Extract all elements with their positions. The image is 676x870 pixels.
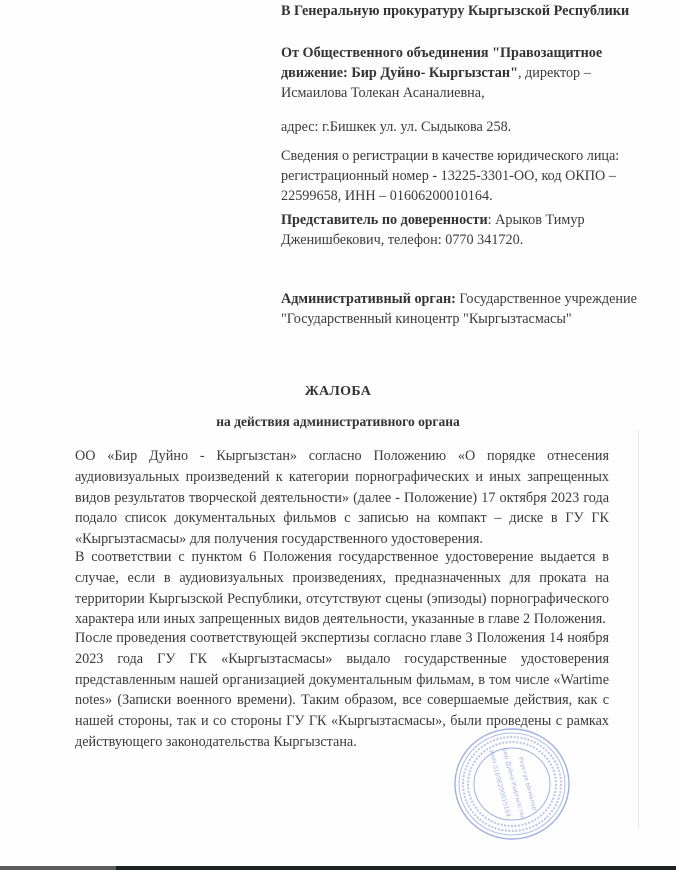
page-edge: [638, 430, 639, 830]
representative-label: Представитель по доверенности: [281, 212, 488, 228]
viewer-bottom-bar: [0, 866, 676, 870]
registration-info: Сведения о регистрации в качестве юридич…: [281, 146, 651, 206]
organization-stamp-icon: Бир Дуйно-Кыргызстан ИНН 01606200010164 …: [452, 725, 572, 843]
administrative-body-label: Административный орган:: [281, 291, 456, 307]
document-page: В Генеральную прокуратуру Кыргызской Рес…: [0, 0, 676, 866]
sender-address: адрес: г.Бишкек ул. ул. Сыдыкова 258.: [281, 117, 651, 137]
document-subtitle: на действия административного органа: [0, 414, 676, 430]
recipient: В Генеральную прокуратуру Кыргызской Рес…: [281, 1, 651, 21]
administrative-body: Административный орган: Государственное …: [281, 289, 651, 329]
scrollbar-thumb[interactable]: [0, 866, 116, 870]
body-paragraph: ОО «Бир Дуйно - Кыргызстан» согласно Пол…: [75, 446, 609, 550]
representative: Представитель по доверенности: Арыков Ти…: [281, 210, 651, 250]
body-paragraph: В соответствии с пунктом 6 Положения гос…: [75, 547, 609, 630]
sender: От Общественного объединения "Правозащит…: [281, 43, 651, 103]
document-title: ЖАЛОБА: [0, 384, 676, 400]
